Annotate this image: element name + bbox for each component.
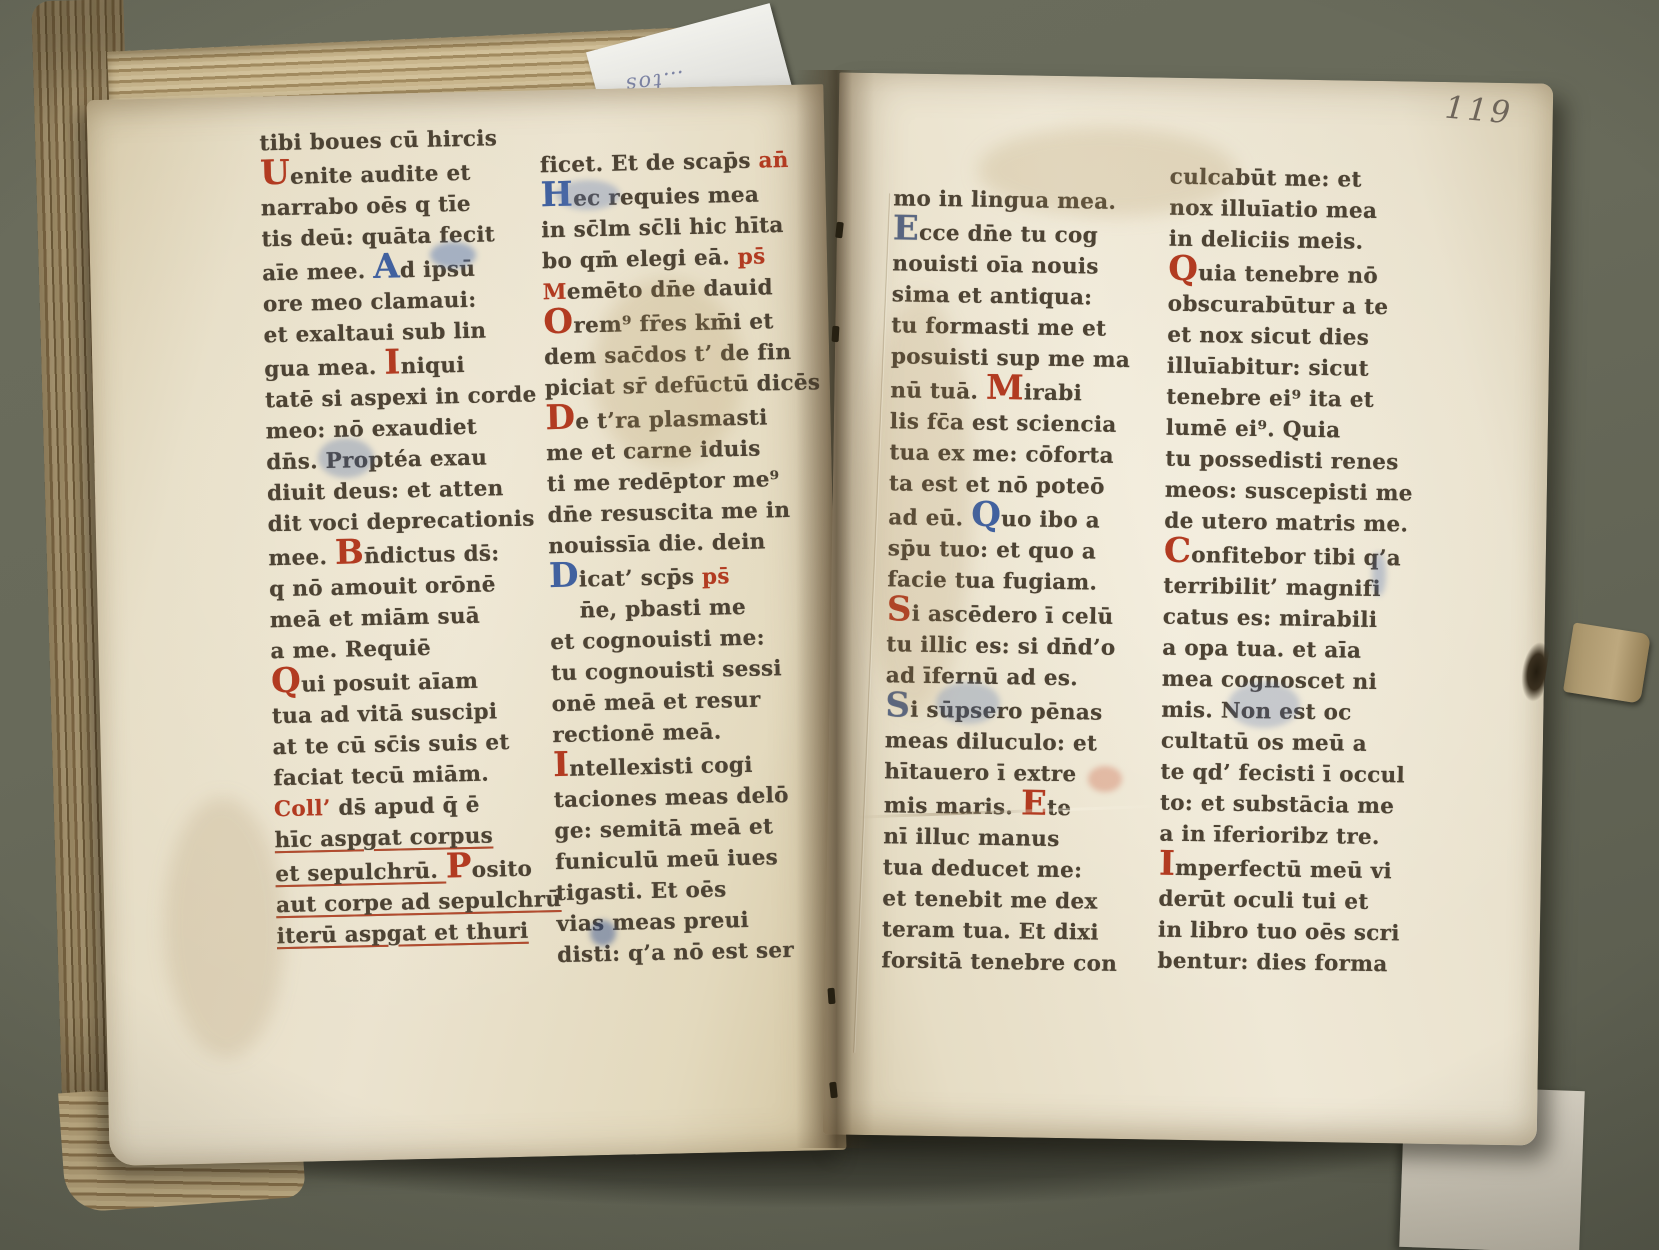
text-line: culcabūt me: et — [1170, 162, 1455, 197]
text-line: a in īferioribz tre. — [1159, 819, 1444, 854]
text-line: to: et substācia me — [1160, 788, 1445, 823]
text-column-4: culcabūt me: etnox illuīatio meain delic… — [1157, 162, 1455, 981]
text-line: dn̄e resuscita me in — [547, 494, 828, 531]
text-line: teram tua. Et dixi — [882, 914, 1160, 949]
text-line: lumē ei⁹. Quia — [1166, 413, 1451, 448]
text-line: Imperfectū meū vi — [1159, 850, 1444, 888]
text-line: terribilit’ magnifi — [1163, 571, 1448, 606]
fore-edge-tab — [1563, 622, 1651, 703]
text-line: tu formasti me et — [891, 310, 1169, 345]
text-line: in libro tuo oēs scri — [1158, 915, 1443, 950]
text-line: et nox sicut dies — [1167, 320, 1452, 355]
page-edge-tear — [1518, 640, 1551, 703]
text-column-3: mo in lingua mea.Ecce dn̄e tu cognouisti… — [881, 183, 1171, 980]
text-line: tenebre ei⁹ ita et — [1166, 382, 1451, 417]
text-line: posuisti sup me ma — [891, 341, 1169, 376]
text-line: bentur: dies forma — [1157, 946, 1442, 981]
text-line: meas diluculo: et — [885, 725, 1163, 760]
text-line: nox illuīatio mea — [1169, 193, 1454, 228]
text-line: facie tua fugiam. — [887, 564, 1165, 599]
text-line: lis fc̄a est sciencia — [890, 406, 1168, 441]
text-line: meos: suscepisti me — [1165, 475, 1450, 510]
text-line: te qd’ fecisti ī occul — [1160, 757, 1445, 792]
text-line: Si sūpsero pēnas — [885, 691, 1163, 729]
text-line: forsitā tenebre con — [881, 945, 1159, 980]
text-column-2: ficet. Et de scap̄s an̄Hec requies meain… — [540, 144, 838, 971]
text-line: tua deducet me: — [883, 852, 1161, 887]
text-line: nū tuā. Mirabi — [890, 372, 1168, 410]
text-line: disti: q’a nō est ser — [557, 934, 838, 971]
text-line: in deliciis meis. — [1169, 224, 1454, 259]
text-line: ad eū. Quo ibo a — [888, 499, 1166, 537]
text-line: mis. Non est oc — [1161, 695, 1446, 730]
text-column-1: tibi boues cū hircisUenite audite etnarr… — [259, 122, 562, 952]
text-line: ad īfernū ad es. — [886, 660, 1164, 695]
text-line: Ecce dn̄e tu cog — [893, 214, 1171, 252]
text-line: ta est et nō poteō — [889, 468, 1167, 503]
text-line: obscurabūtur a te — [1168, 289, 1453, 324]
text-line: mo in lingua mea. — [893, 183, 1171, 218]
text-line: ficet. Et de scap̄s an̄ — [540, 144, 821, 181]
manuscript-right-page: 119 mo in lingua mea.Ecce dn̄e tu cognou… — [823, 72, 1554, 1145]
text-line: mis maris. Ete — [884, 787, 1162, 825]
text-line: tatē si aspexi in corde — [265, 379, 551, 416]
sewing-stitch — [827, 988, 835, 1004]
text-line: in sc̄lm sc̄li hic hīta — [541, 209, 822, 246]
text-line: nouisti oīa nouis — [892, 248, 1170, 283]
text-line: Quia tenebre nō — [1168, 255, 1453, 293]
text-line: et tenebit me dex — [882, 883, 1160, 918]
folio-number: 119 — [1443, 90, 1514, 132]
sewing-stitch — [832, 326, 840, 342]
text-line: tu illic es: si dn̄d’o — [886, 629, 1164, 664]
text-line: catus es: mirabili — [1163, 602, 1448, 637]
text-line: a opa tua. et aīa — [1162, 633, 1447, 668]
manuscript-left-page: tibi boues cū hircisUenite audite etnarr… — [86, 84, 846, 1166]
text-line: nī illuc manus — [883, 821, 1161, 856]
text-line: dit voci deprecationis — [267, 503, 553, 540]
text-line: Confitebor tibi q’a — [1164, 537, 1449, 575]
text-line: cultatū os meū a — [1161, 726, 1446, 761]
text-line: tua ex me: cōforta — [889, 437, 1167, 472]
parchment-stain — [162, 796, 288, 1059]
text-line: mea cognoscet ni — [1162, 664, 1447, 699]
text-line: sima et antiqua: — [892, 279, 1170, 314]
text-line: tu possedisti renes — [1165, 444, 1450, 479]
photo-background: …tos tibi boues cū hircisUenite audite e… — [0, 0, 1659, 1250]
text-line: iterū aspgat et thuri — [276, 915, 562, 952]
text-line: sp̄u tuo: et quo a — [888, 533, 1166, 568]
text-line: Si ascēdero ī celū — [887, 595, 1165, 633]
text-line: piciat sr̄ defūctū dicēs — [545, 367, 826, 404]
text-line: illuīabitur: sicut — [1167, 351, 1452, 386]
text-line: derūt oculi tui et — [1158, 884, 1443, 919]
text-line: de utero matris me. — [1164, 506, 1449, 541]
